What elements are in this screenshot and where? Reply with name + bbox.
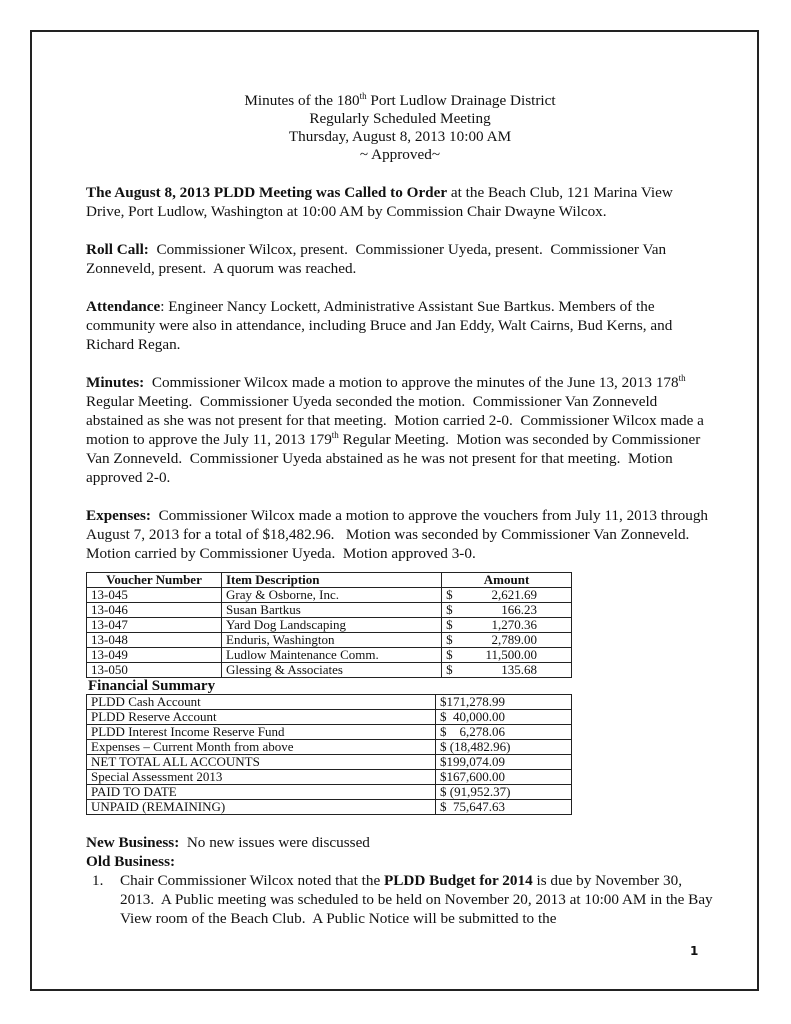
title-line-1: Minutes of the 180th Port Ludlow Drainag…	[86, 92, 714, 110]
account-label: UNPAID (REMAINING)	[87, 800, 436, 815]
section-heading: Expenses:	[86, 507, 151, 524]
amount: $135.68	[442, 663, 572, 678]
paragraph-text: Commissioner Wilcox made a motion to app…	[86, 507, 711, 562]
expenses-paragraph: Expenses: Commissioner Wilcox made a mot…	[86, 506, 714, 563]
currency-symbol: $	[446, 588, 453, 602]
new-business-paragraph: New Business: No new issues were discuss…	[86, 833, 714, 852]
title-text: Minutes of the 180	[244, 92, 359, 109]
list-number: 1.	[86, 871, 120, 928]
title-line-2: Regularly Scheduled Meeting	[86, 110, 714, 128]
account-label: PLDD Interest Income Reserve Fund	[87, 725, 436, 740]
column-header-item-description: Item Description	[222, 573, 442, 588]
account-value: $167,600.00	[436, 770, 572, 785]
account-value: $199,074.09	[436, 755, 572, 770]
table-row: UNPAID (REMAINING)$ 75,647.63	[87, 800, 572, 815]
old-business-heading: Old Business:	[86, 852, 714, 871]
currency-symbol: $	[446, 648, 453, 662]
section-heading: Minutes:	[86, 374, 144, 391]
item-description: Glessing & Associates	[222, 663, 442, 678]
voucher-number: 13-050	[87, 663, 222, 678]
table-row: NET TOTAL ALL ACCOUNTS$199,074.09	[87, 755, 572, 770]
amount: $1,270.36	[442, 618, 572, 633]
list-item: 1.Chair Commissioner Wilcox noted that t…	[86, 871, 714, 928]
vouchers-table: Voucher Number Item Description Amount 1…	[86, 572, 572, 678]
item-description: Susan Bartkus	[222, 603, 442, 618]
amount-value: 2,621.69	[492, 588, 538, 602]
table-row: 13-045Gray & Osborne, Inc.$2,621.69	[87, 588, 572, 603]
paragraph-text: No new issues were discussed	[179, 834, 370, 851]
approval-status: ~ Approved~	[86, 146, 714, 164]
voucher-number: 13-045	[87, 588, 222, 603]
currency-symbol: $	[446, 618, 453, 632]
account-value: $171,278.99	[436, 695, 572, 710]
title-text: Port Ludlow Drainage District	[367, 92, 556, 109]
account-value: $ (91,952.37)	[436, 785, 572, 800]
table-row: 13-050Glessing & Associates$135.68	[87, 663, 572, 678]
document-title: Minutes of the 180th Port Ludlow Drainag…	[86, 92, 714, 164]
title-line-3: Thursday, August 8, 2013 10:00 AM	[86, 128, 714, 146]
amount: $166.23	[442, 603, 572, 618]
amount-value: 2,789.00	[492, 633, 538, 647]
table-row: PLDD Cash Account$171,278.99	[87, 695, 572, 710]
voucher-number: 13-046	[87, 603, 222, 618]
table-header-row: Voucher Number Item Description Amount	[87, 573, 572, 588]
table-row: PAID TO DATE$ (91,952.37)	[87, 785, 572, 800]
ordinal-suffix: th	[332, 430, 339, 440]
currency-symbol: $	[446, 603, 453, 617]
table-row: 13-049Ludlow Maintenance Comm.$11,500.00	[87, 648, 572, 663]
document-body: Minutes of the 180th Port Ludlow Drainag…	[86, 92, 714, 928]
paragraph-text: Commissioner Wilcox made a motion to app…	[144, 374, 678, 391]
item-description: Enduris, Washington	[222, 633, 442, 648]
account-label: PLDD Reserve Account	[87, 710, 436, 725]
amount-value: 135.68	[501, 663, 537, 677]
table-row: PLDD Interest Income Reserve Fund$ 6,278…	[87, 725, 572, 740]
table-row: Expenses – Current Month from above$ (18…	[87, 740, 572, 755]
voucher-number: 13-049	[87, 648, 222, 663]
old-business-list: 1.Chair Commissioner Wilcox noted that t…	[86, 871, 714, 928]
section-heading: Roll Call:	[86, 241, 149, 258]
voucher-number: 13-048	[87, 633, 222, 648]
account-value: $ (18,482.96)	[436, 740, 572, 755]
call-to-order-paragraph: The August 8, 2013 PLDD Meeting was Call…	[86, 183, 714, 221]
amount-value: 166.23	[501, 603, 537, 617]
business-section: New Business: No new issues were discuss…	[86, 833, 714, 928]
voucher-number: 13-047	[87, 618, 222, 633]
account-value: $ 40,000.00	[436, 710, 572, 725]
account-value: $ 6,278.06	[436, 725, 572, 740]
column-header-voucher-number: Voucher Number	[87, 573, 222, 588]
paragraph-text: Commissioner Wilcox, present. Commission…	[86, 241, 670, 277]
minutes-paragraph: Minutes: Commissioner Wilcox made a moti…	[86, 373, 714, 487]
table-row: 13-048Enduris, Washington$2,789.00	[87, 633, 572, 648]
ordinal-suffix: th	[679, 373, 686, 383]
item-description: Yard Dog Landscaping	[222, 618, 442, 633]
section-heading: New Business:	[86, 834, 179, 851]
item-description: Gray & Osborne, Inc.	[222, 588, 442, 603]
table-row: 13-047Yard Dog Landscaping$1,270.36	[87, 618, 572, 633]
account-label: Special Assessment 2013	[87, 770, 436, 785]
list-item-text: Chair Commissioner Wilcox noted that the…	[120, 871, 714, 928]
amount-value: 1,270.36	[492, 618, 538, 632]
account-label: Expenses – Current Month from above	[87, 740, 436, 755]
table-row: Special Assessment 2013$167,600.00	[87, 770, 572, 785]
currency-symbol: $	[446, 633, 453, 647]
column-header-amount: Amount	[442, 573, 572, 588]
table-row: PLDD Reserve Account$ 40,000.00	[87, 710, 572, 725]
item-description: Ludlow Maintenance Comm.	[222, 648, 442, 663]
account-value: $ 75,647.63	[436, 800, 572, 815]
amount: $2,621.69	[442, 588, 572, 603]
currency-symbol: $	[446, 663, 453, 677]
ordinal-suffix: th	[360, 91, 367, 101]
amount: $2,789.00	[442, 633, 572, 648]
section-heading: The August 8, 2013 PLDD Meeting was Call…	[86, 184, 447, 201]
amount-value: 11,500.00	[485, 648, 537, 662]
account-label: PLDD Cash Account	[87, 695, 436, 710]
roll-call-paragraph: Roll Call: Commissioner Wilcox, present.…	[86, 240, 714, 278]
financial-summary-table: PLDD Cash Account$171,278.99PLDD Reserve…	[86, 694, 572, 815]
page-number: 1	[690, 944, 698, 958]
emphasis: PLDD Budget for 2014	[384, 872, 533, 889]
attendance-paragraph: Attendance: Engineer Nancy Lockett, Admi…	[86, 297, 714, 354]
section-heading: Old Business:	[86, 853, 175, 870]
amount: $11,500.00	[442, 648, 572, 663]
section-heading: Attendance	[86, 298, 160, 315]
account-label: NET TOTAL ALL ACCOUNTS	[87, 755, 436, 770]
paragraph-text: : Engineer Nancy Lockett, Administrative…	[86, 298, 672, 353]
financial-summary-title: Financial Summary	[88, 678, 714, 694]
account-label: PAID TO DATE	[87, 785, 436, 800]
paragraph-text: Chair Commissioner Wilcox noted that the	[120, 872, 384, 889]
table-row: 13-046Susan Bartkus$166.23	[87, 603, 572, 618]
